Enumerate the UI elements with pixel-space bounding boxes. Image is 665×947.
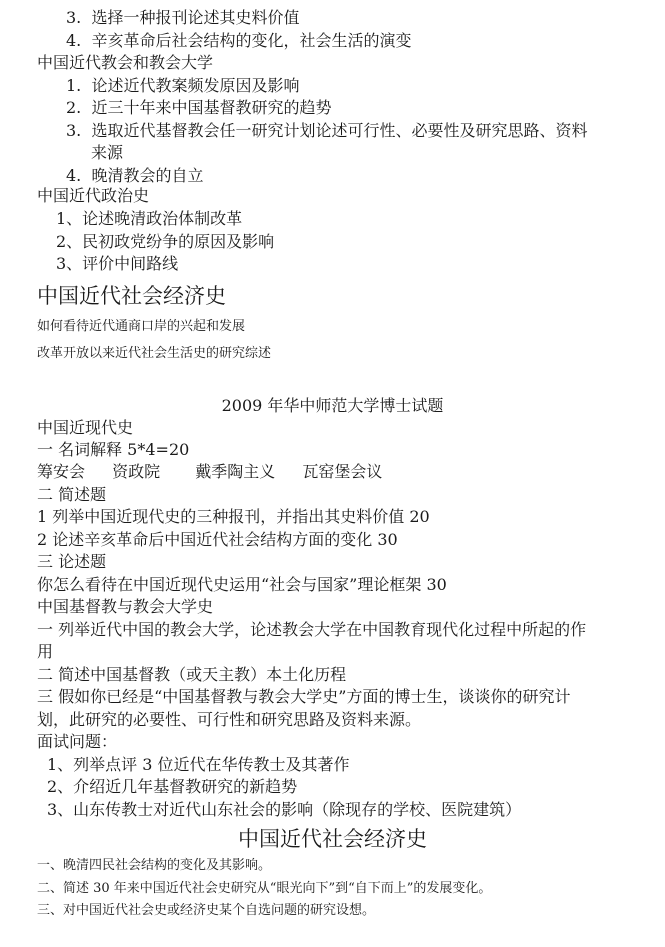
subject-heading: 中国基督教与教会大学史 [37,597,213,617]
subject-heading: 中国近现代史 [37,418,133,438]
interview-item: 3、山东传教士对近代山东社会的影响（除现存的学校、医院建筑） [47,800,521,820]
term: 戴季陶主义 [195,462,275,482]
interview-heading: 面试问题： [37,732,117,752]
question-heading: 三 论述题 [37,552,106,572]
item-number: 4. [66,166,81,185]
item-number: 2. [66,98,81,117]
question-item: 三 假如你已经是“中国基督教与教会大学史”方面的博士生，谈谈你的研究计 [37,687,570,707]
list-item: 如何看待近代通商口岸的兴起和发展 [37,318,245,336]
term: 瓦窑堡会议 [302,462,382,482]
item-text: 辛亥革命后社会结构的变化，社会生活的演变 [91,31,411,50]
question-item: 二 简述中国基督教（或天主教）本土化历程 [37,665,346,685]
list-item: 1、论述晚清政治体制改革 [56,209,242,229]
list-item: 4. 晚清教会的自立 [66,166,203,186]
item-text: 近三十年来中国基督教研究的趋势 [91,98,331,117]
item-number: 3. [66,8,81,27]
section-heading: 中国近代社会经济史 [37,283,226,309]
question-item: 你怎么看待在中国近现代史运用“社会与国家”理论框架 30 [37,575,447,595]
item-text: 论述近代教案频发原因及影响 [91,76,299,95]
exam-title: 2009 年华中师范大学博士试题 [0,396,665,416]
section-heading: 中国近代政治史 [37,186,149,206]
question-item: 一 列举近代中国的教会大学，论述教会大学在中国教育现代化过程中所起的作 [37,620,586,640]
list-item: 2、民初政党纷争的原因及影响 [56,232,274,252]
question-heading: 一 名词解释 5*4=20 [37,440,189,460]
question-heading: 二 简述题 [37,485,106,505]
term: 筹安会 [37,462,85,482]
question-item: 2 论述辛亥革命后中国近代社会结构方面的变化 30 [37,530,398,550]
question-item: 一、晚清四民社会结构的变化及其影响。 [37,857,271,875]
interview-item: 1、列举点评 3 位近代在华传教士及其著作 [47,755,350,775]
list-item: 改革开放以来近代社会生活史的研究综述 [37,345,271,363]
question-item-continuation: 划，此研究的必要性、可行性和研究思路及资料来源。 [37,710,421,730]
terms-list: 筹安会 资政院 戴季陶主义 瓦窑堡会议 [37,462,404,482]
list-item: 3、评价中间路线 [56,254,178,274]
section-heading: 中国近代教会和教会大学 [37,53,213,73]
item-text: 晚清教会的自立 [91,166,203,185]
item-text: 选取近代基督教会任一研究计划论述可行性、必要性及研究思路、资料 [91,121,587,140]
list-item: 2. 近三十年来中国基督教研究的趋势 [66,98,331,118]
subject-heading: 中国近代社会经济史 [0,826,665,852]
question-item-continuation: 用 [37,642,53,662]
item-text: 选择一种报刊论述其史料价值 [91,8,299,27]
list-item-continuation: 来源 [91,143,123,163]
question-item: 1 列举中国近现代史的三种报刊，并指出其史料价值 20 [37,507,430,527]
item-number: 3. [66,121,81,140]
list-item: 4. 辛亥革命后社会结构的变化，社会生活的演变 [66,31,411,51]
term: 资政院 [112,462,160,482]
item-number: 4. [66,31,81,50]
item-number: 1. [66,76,81,95]
question-item: 二、简述 30 年来中国近代社会史研究从“眼光向下”到“自下而上”的发展变化。 [37,880,491,898]
interview-item: 2、介绍近几年基督教研究的新趋势 [47,777,297,797]
list-item: 3. 选择一种报刊论述其史料价值 [66,8,299,28]
list-item: 1. 论述近代教案频发原因及影响 [66,76,299,96]
question-item: 三、对中国近代社会史或经济史某个自选问题的研究设想。 [37,902,375,920]
list-item: 3. 选取近代基督教会任一研究计划论述可行性、必要性及研究思路、资料 [66,121,587,141]
